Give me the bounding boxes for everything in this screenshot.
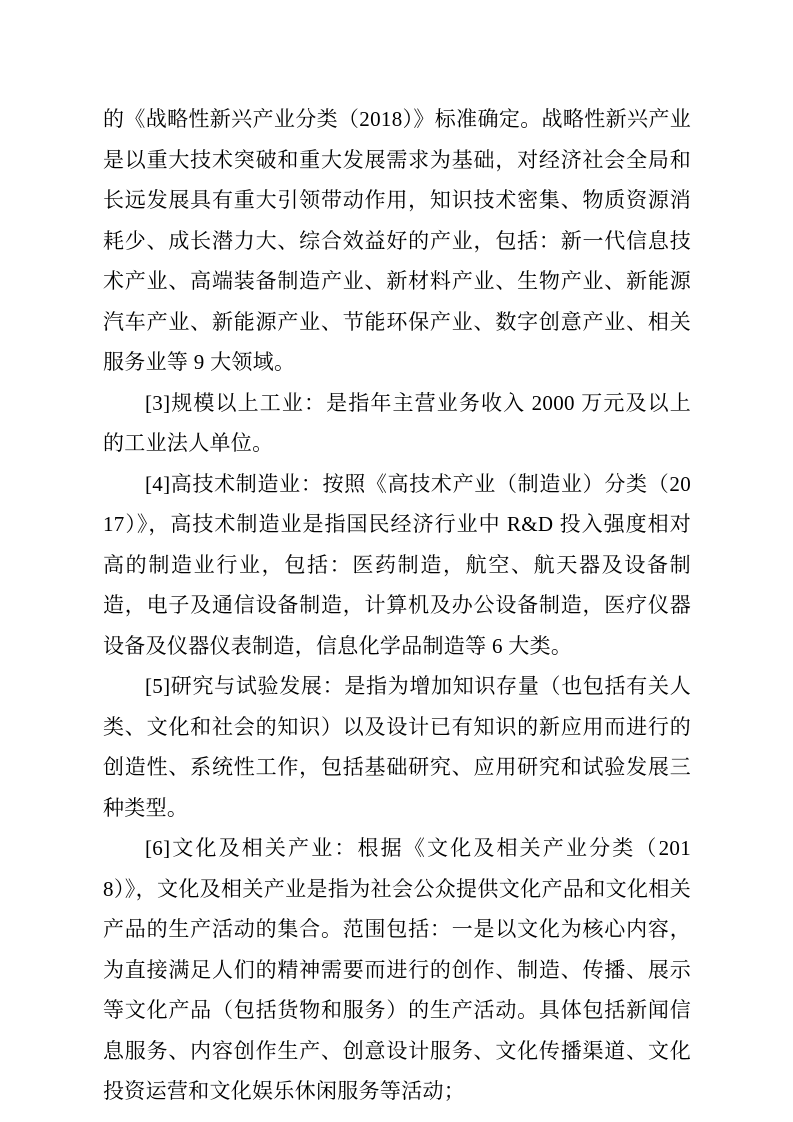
document-text-block: 的《战略性新兴产业分类（2018）》标准确定。战略性新兴产业是以重大技术突破和重…: [103, 99, 691, 1112]
paragraph-note-5: [5]研究与试验发展：是指为增加知识存量（也包括有关人类、文化和社会的知识）以及…: [103, 666, 691, 828]
paragraph-note-6: [6]文化及相关产业：根据《文化及相关产业分类（2018）》，文化及相关产业是指…: [103, 828, 691, 1112]
paragraph-note-3: [3]规模以上工业：是指年主营业务收入 2000 万元及以上的工业法人单位。: [103, 383, 691, 464]
document-page: 的《战略性新兴产业分类（2018）》标准确定。战略性新兴产业是以重大技术突破和重…: [0, 0, 793, 1122]
paragraph-note-2-continuation: 的《战略性新兴产业分类（2018）》标准确定。战略性新兴产业是以重大技术突破和重…: [103, 99, 691, 383]
paragraph-note-4: [4]高技术制造业：按照《高技术产业（制造业）分类（2017）》，高技术制造业是…: [103, 464, 691, 667]
